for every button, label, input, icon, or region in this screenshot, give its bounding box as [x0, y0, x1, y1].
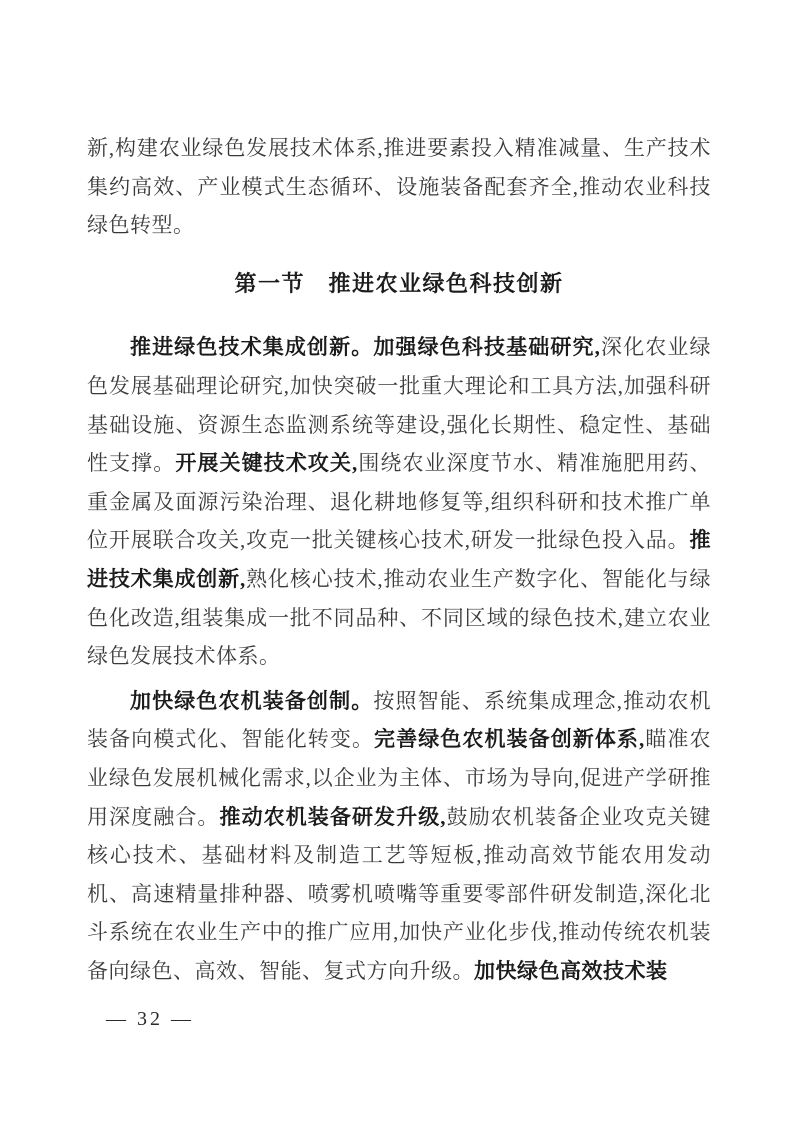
body-paragraphs: 推进绿色技术集成创新。加强绿色科技基础研究,深化农业绿色发展基础理论研究,加快突…	[87, 328, 711, 990]
emphasis-text: 加快绿色农机装备创制。	[130, 689, 373, 713]
document-page: 新,构建农业绿色发展技术体系,推进要素投入精准减量、生产技术集约高效、产业模式生…	[0, 0, 794, 1123]
document-body: 新,构建农业绿色发展技术体系,推进要素投入精准减量、生产技术集约高效、产业模式生…	[87, 129, 711, 990]
paragraph: 推进绿色技术集成创新。加强绿色科技基础研究,深化农业绿色发展基础理论研究,加快突…	[87, 328, 711, 675]
page-number: — 32 —	[106, 1004, 194, 1034]
emphasis-text: 推进绿色技术集成创新。加强绿色科技基础研究,	[130, 335, 600, 359]
text-segment: 鼓励农机装备企业攻克关键核心技术、基础材料及制造工艺等短板,推动高效节能农用发动…	[87, 805, 711, 983]
section-heading: 第一节 推进农业绿色科技创新	[87, 265, 711, 304]
paragraph: 加快绿色农机装备创制。按照智能、系统集成理念,推动农机装备向模式化、智能化转变。…	[87, 682, 711, 991]
intro-paragraph: 新,构建农业绿色发展技术体系,推进要素投入精准减量、生产技术集约高效、产业模式生…	[87, 129, 711, 245]
emphasis-text: 完善绿色农机装备创新体系,	[374, 727, 645, 751]
emphasis-text: 开展关键技术攻关,	[175, 451, 357, 475]
emphasis-text: 加快绿色高效技术装	[474, 959, 668, 983]
emphasis-text: 推动农机装备研发升级,	[219, 805, 446, 829]
